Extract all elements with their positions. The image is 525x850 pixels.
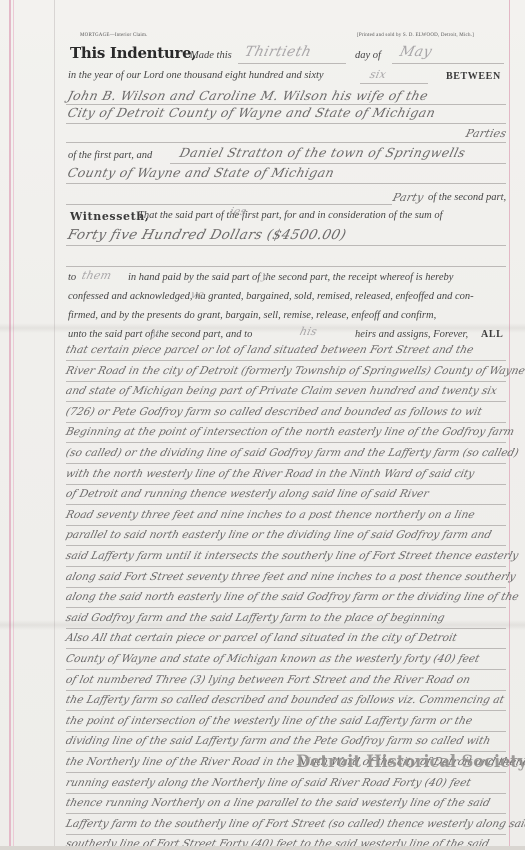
rule-line xyxy=(66,463,506,464)
to-text: to xyxy=(68,272,76,283)
left-margin-grey-line xyxy=(54,0,55,850)
rule-line xyxy=(170,163,506,164)
firmed-line-text: firmed, and by the presents do grant, ba… xyxy=(68,310,436,321)
rule-line xyxy=(66,628,506,629)
rule-line xyxy=(66,772,506,773)
party-first-line-2: City of Detroit County of Wayne and Stat… xyxy=(66,105,437,120)
printer-label: [Printed and sold by S. D. ELWOOD, Detro… xyxy=(357,33,474,38)
rule-line xyxy=(66,607,506,608)
description-line: thence running Northerly on a line paral… xyxy=(65,797,492,809)
rule-line xyxy=(66,669,506,670)
rule-line xyxy=(66,813,506,814)
confessed-line-text: confessed and acknowledged, ha granted, … xyxy=(68,291,474,302)
description-line: along the said north easterly line of th… xyxy=(65,591,521,603)
rule-line xyxy=(66,183,506,184)
made-this-text: Made this xyxy=(190,50,232,61)
left-margin-red-line xyxy=(9,0,11,850)
rule-line xyxy=(360,83,428,84)
rule-line xyxy=(66,545,506,546)
description-line: Road seventy three feet and nine inches … xyxy=(65,509,477,521)
description-line: of Detroit and running thence westerly a… xyxy=(65,488,430,500)
rule-line xyxy=(66,504,506,505)
description-line: running easterly along the Northerly lin… xyxy=(65,777,473,789)
description-line: that certain piece parcel or lot of land… xyxy=(65,344,475,356)
handwritten-month: May xyxy=(398,44,434,60)
rule-line xyxy=(66,401,506,402)
party-second-line-1: Daniel Stratton of the town of Springwel… xyxy=(178,145,467,160)
description-line: Lafferty farm to the southerly line of F… xyxy=(65,818,525,830)
description-line: County of Wayne and state of Michigan kn… xyxy=(65,653,481,665)
indenture-document: MORTGAGE—Interior Claim. [Printed and so… xyxy=(0,0,525,850)
rule-line xyxy=(66,690,506,691)
party-first-line-1: John B. Wilson and Caroline M. Wilson hi… xyxy=(66,88,430,103)
paid-line-text: in hand paid by the said part of the sec… xyxy=(128,272,453,283)
rule-line xyxy=(66,360,506,361)
rule-line xyxy=(66,245,506,246)
rule-line xyxy=(66,442,506,443)
rule-line xyxy=(66,710,506,711)
party-second-line-2: County of Wayne and State of Michigan xyxy=(66,165,336,180)
first-part-text: of the first part, and xyxy=(68,150,152,161)
handwritten-year: six xyxy=(368,68,387,81)
rule-line xyxy=(66,587,506,588)
description-line: parallel to said north easterly line or … xyxy=(65,529,493,541)
heirs-text: heirs and assigns, Forever, xyxy=(355,329,468,340)
description-line: Beginning at the point of intersection o… xyxy=(65,426,516,438)
description-line: (726) or Pete Godfroy farm so called des… xyxy=(65,406,484,418)
rule-line xyxy=(238,63,346,64)
right-margin-red-line xyxy=(509,0,510,850)
rule-line xyxy=(66,142,506,143)
rule-line xyxy=(66,422,506,423)
between-label: BETWEEN xyxy=(446,71,501,82)
rule-line xyxy=(66,525,506,526)
handwritten-them: them xyxy=(80,269,112,282)
second-part-text: of the second part, xyxy=(428,192,506,203)
rule-line xyxy=(66,381,506,382)
watermark-detroit-historical-society: Detroit Historical Society xyxy=(296,752,525,771)
unto-line-text: unto the said part of the second part, a… xyxy=(68,329,252,340)
handwritten-sum: Forty five Hundred Dollars ($4500.00) xyxy=(66,227,348,243)
party-label: Party xyxy=(391,191,425,204)
description-line: River Road in the city of Detroit (forme… xyxy=(65,365,525,377)
rule-line xyxy=(66,204,392,205)
rule-line xyxy=(66,566,506,567)
document-title: This Indenture, xyxy=(70,44,196,62)
witnesseth-text: That the said part of the first part, fo… xyxy=(138,210,443,221)
description-line: with the north westerly line of the Rive… xyxy=(65,468,476,480)
handwritten-parties-suffix: ies xyxy=(228,205,248,218)
paper-bottom-edge xyxy=(0,846,525,850)
description-line: of lot numbered Three (3) lying between … xyxy=(65,674,472,686)
description-line: along said Fort Street seventy three fee… xyxy=(65,571,518,583)
rule-line xyxy=(66,484,506,485)
description-line: Also All that certain piece or parcel of… xyxy=(65,632,459,644)
day-of-text: day of xyxy=(355,50,381,61)
description-line: said Lafferty farm until it intersects t… xyxy=(65,550,520,562)
left-margin-red-line-inner xyxy=(13,0,14,850)
year-line-text: in the year of our Lord one thousand eig… xyxy=(68,70,324,81)
rule-line xyxy=(66,123,506,124)
rule-line xyxy=(66,731,506,732)
all-label: ALL xyxy=(481,329,503,340)
description-line: (so called) or the dividing line of said… xyxy=(65,447,520,459)
rule-line xyxy=(66,266,506,267)
description-line: the point of intersection of the westerl… xyxy=(65,715,474,727)
rule-line xyxy=(392,63,504,64)
description-line: dividing line of the said Lafferty farm … xyxy=(65,735,492,747)
description-line: the Lafferty farm so called described an… xyxy=(65,694,506,706)
description-line: and state of Michigan being part of Priv… xyxy=(65,385,499,397)
rule-line xyxy=(66,648,506,649)
rule-line xyxy=(66,834,506,835)
handwritten-day: Thirtieth xyxy=(243,44,313,60)
parties-label: Parties xyxy=(464,127,507,140)
description-line: said Godfroy farm and the said Lafferty … xyxy=(65,612,446,624)
rule-line xyxy=(66,793,506,794)
handwritten-his: his xyxy=(298,325,318,338)
form-type-label: MORTGAGE—Interior Claim. xyxy=(80,33,148,38)
